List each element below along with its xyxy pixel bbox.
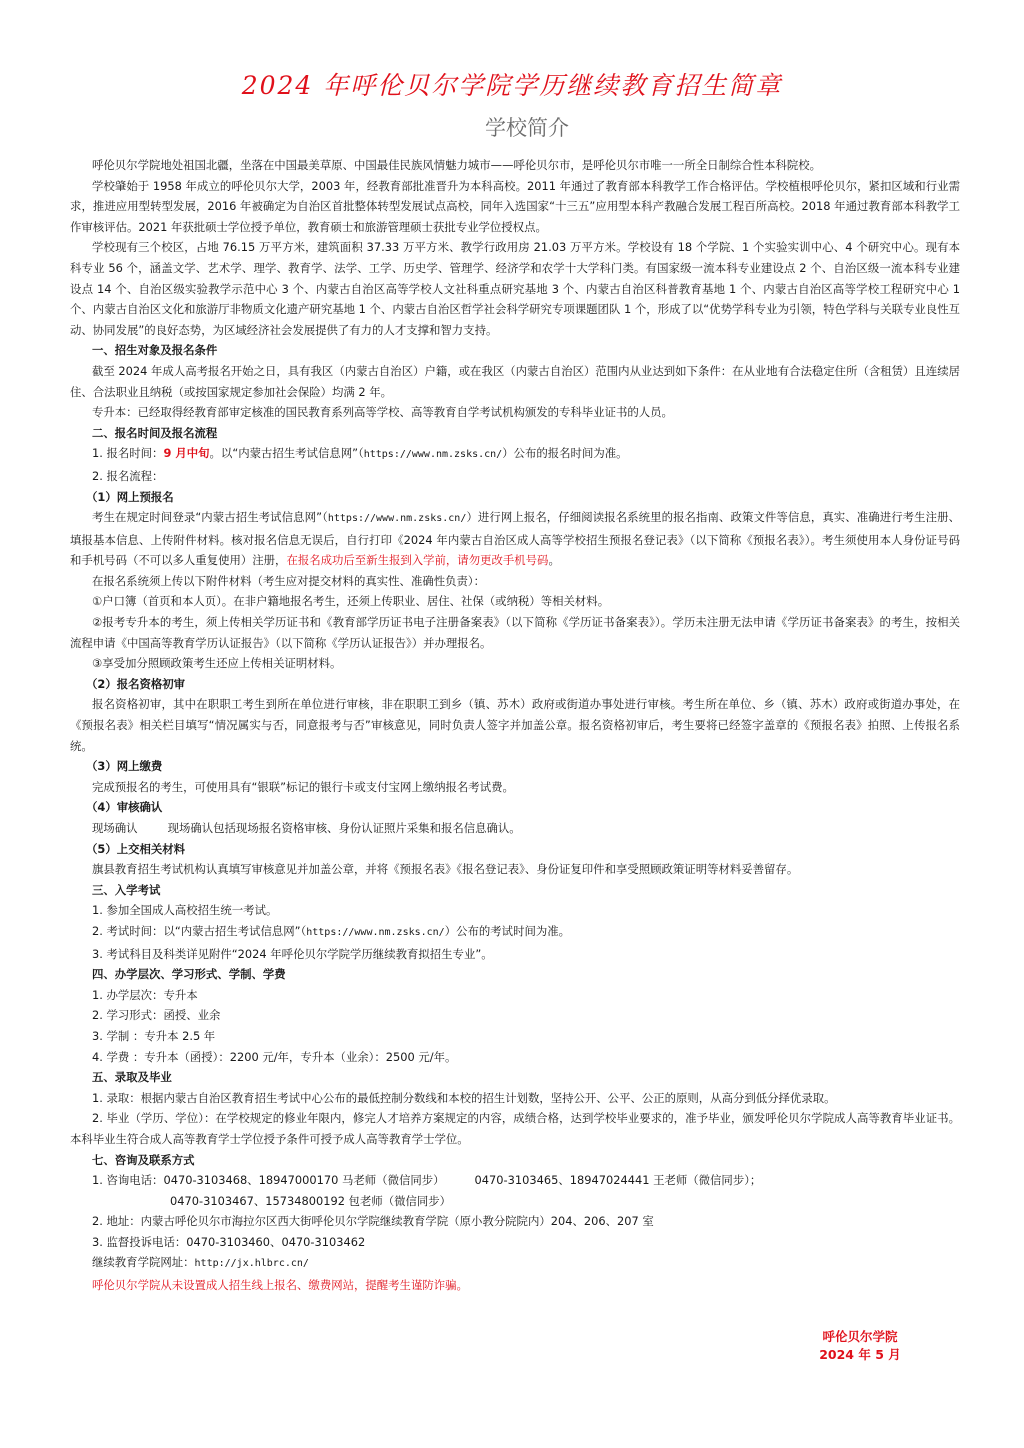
intro-paragraph-1: 呼伦贝尔学院地处祖国北疆，坐落在中国最美草原、中国最佳民族风情魅力城市——呼伦贝… (70, 155, 960, 176)
graduation-paragraph: 2. 毕业（学历、学位）：在学校规定的修业年限内，修完人才培养方案规定的内容，成… (70, 1108, 960, 1149)
program-item-tuition: 4. 学费 ：专升本（函授）：2200 元/年，专升本（业余）：2500 元/年… (70, 1047, 960, 1068)
signature-org: 呼伦贝尔学院 (790, 1328, 930, 1346)
admission-paragraph: 1. 录取：根据内蒙古自治区教育招生考试中心公布的最低控制分数线和本校的招生计划… (70, 1088, 960, 1109)
intro-paragraph-2: 学校肇始于 1958 年成立的呼伦贝尔大学，2003 年，经教育部批准晋升为本科… (70, 176, 960, 238)
contact-phones-line-1: 1. 咨询电话：0470-3103468、18947000170 马老师（微信同… (70, 1170, 960, 1191)
prereg-text-end: 。 (548, 553, 559, 567)
exam-time-text-b: ）公布的考试时间为准。 (445, 924, 570, 938)
program-item-level: 1. 办学层次：专升本 (70, 985, 960, 1006)
prereg-text-a: 考生在规定时间登录“内蒙古招生考试信息网”（ (92, 510, 328, 524)
signature-block: 呼伦贝尔学院 2024 年 5 月 (790, 1328, 930, 1364)
exam-site-link[interactable]: https://www.nm.zsks.cn/ (306, 927, 444, 938)
exam-item-1: 1. 参加全国成人高校招生统一考试。 (70, 900, 960, 921)
confirmation-text: 现场确认包括现场报名资格审核、身份认证照片采集和报名信息确认。 (168, 821, 521, 835)
program-item-duration: 3. 学制 ：专升本 2.5 年 (70, 1026, 960, 1047)
time-suffix-text: ）公布的报名时间为准。 (502, 446, 627, 460)
signature-date: 2024 年 5 月 (790, 1346, 930, 1364)
phone-ma: 0470-3103468、18947000170 马老师（微信同步） (163, 1173, 444, 1187)
section-heading-contact: 七、咨询及联系方式 (70, 1150, 960, 1171)
step-heading-online-preregistration: （1）网上预报名 (70, 487, 960, 508)
step-heading-online-payment: （3）网上缴费 (70, 756, 960, 777)
upgrade-requirement-paragraph: 专升本：已经取得经教育部审定核准的国民教育系列高等学校、高等教育自学考试机构颁发… (70, 402, 960, 423)
preregistration-paragraph: 考生在规定时间登录“内蒙古招生考试信息网”（https://www.nm.zsk… (70, 507, 960, 571)
section-subtitle: 学校简介 (0, 112, 1024, 142)
attachments-intro: 在报名系统须上传以下附件材料（考生应对提交材料的真实性、准确性负责）： (70, 571, 960, 592)
confirmation-paragraph: 现场确认现场确认包括现场报名资格审核、身份认证照片采集和报名信息确认。 (70, 818, 960, 839)
confirmation-label: 现场确认 (92, 821, 138, 835)
intro-paragraph-3: 学校现有三个校区，占地 76.15 万平方米，建筑面积 37.33 万平方米、教… (70, 237, 960, 340)
website-line: 继续教育学院网址：http://jx.hlbrc.cn/ (70, 1252, 960, 1275)
attachment-item-2: ②报考专升本的考生，须上传相关学历证书和《教育部学历证书电子注册备案表》（以下简… (70, 612, 960, 653)
phone-label: 1. 咨询电话： (92, 1173, 163, 1187)
attachment-item-3: ③享受加分照顾政策考生还应上传相关证明材料。 (70, 653, 960, 674)
page-title: 2024 年呼伦贝尔学院学历继续教育招生简章 (0, 66, 1024, 102)
attachment-item-1: ①户口簿（首页和本人页）。在非户籍地报名考生，还须上传职业、居住、社保（或纳税）… (70, 591, 960, 612)
program-item-format: 2. 学习形式：函授、业余 (70, 1005, 960, 1026)
exam-site-link[interactable]: https://www.nm.zsks.cn/ (328, 513, 466, 524)
contact-address: 2. 地址：内蒙古呼伦贝尔市海拉尔区西大街呼伦贝尔学院继续教育学院（原小教分院院… (70, 1211, 960, 1232)
contact-phones-line-2: 0470-3103467、15734800192 包老师（微信同步） (70, 1191, 960, 1212)
website-link[interactable]: http://jx.hlbrc.cn/ (195, 1258, 309, 1269)
exam-site-link[interactable]: https://www.nm.zsks.cn/ (364, 449, 502, 460)
time-label: 1. 报名时间： (92, 446, 163, 460)
section-heading-admission-graduation: 五、录取及毕业 (70, 1067, 960, 1088)
phone-warning-text: 在报名成功后至新生报到入学前，请勿更改手机号码 (286, 553, 548, 567)
document-body: 呼伦贝尔学院地处祖国北疆，坐落在中国最美草原、中国最佳民族风情魅力城市——呼伦贝… (70, 155, 960, 1296)
document-page: 2024 年呼伦贝尔学院学历继续教育招生简章 学校简介 呼伦贝尔学院地处祖国北疆… (0, 0, 1024, 1448)
step-heading-submit-materials: （5）上交相关材料 (70, 839, 960, 860)
step-heading-qualification-review: （2）报名资格初审 (70, 674, 960, 695)
registration-time-value: 9 月中旬 (163, 446, 209, 460)
online-payment-paragraph: 完成预报名的考生，可使用具有“银联”标记的银行卡或支付宝网上缴纳报名考试费。 (70, 777, 960, 798)
section-heading-eligibility: 一、招生对象及报名条件 (70, 340, 960, 361)
submit-materials-paragraph: 旗县教育招生考试机构认真填写审核意见并加盖公章，并将《预报名表》《报名登记表》、… (70, 859, 960, 880)
exam-item-2: 2. 考试时间：以“内蒙古招生考试信息网”（https://www.nm.zsk… (70, 921, 960, 944)
phone-wang: 0470-3103465、18947024441 王老师（微信同步）； (475, 1173, 762, 1187)
eligibility-paragraph: 截至 2024 年成人高考报名开始之日，具有我区（内蒙古自治区）户籍，或在我区（… (70, 361, 960, 402)
exam-time-text-a: 2. 考试时间：以“内蒙古招生考试信息网”（ (92, 924, 306, 938)
step-heading-confirmation: （4）审核确认 (70, 797, 960, 818)
section-heading-program-fees: 四、办学层次、学习形式、学制、学费 (70, 964, 960, 985)
registration-flow-label: 2. 报名流程： (70, 466, 960, 487)
section-heading-entrance-exam: 三、入学考试 (70, 880, 960, 901)
time-mid-text: 。以“内蒙古招生考试信息网”（ (210, 446, 364, 460)
fraud-warning: 呼伦贝尔学院从未设置成人招生线上报名、缴费网站，提醒考生谨防诈骗。 (70, 1275, 960, 1296)
section-heading-registration: 二、报名时间及报名流程 (70, 423, 960, 444)
registration-time: 1. 报名时间：9 月中旬。以“内蒙古招生考试信息网”（https://www.… (70, 443, 960, 466)
qualification-review-paragraph: 报名资格初审，其中在职职工考生到所在单位进行审核，非在职职工到乡（镇、苏木）政府… (70, 694, 960, 756)
website-label: 继续教育学院网址： (92, 1255, 195, 1269)
complaint-phone: 3. 监督投诉电话：0470-3103460、0470-3103462 (70, 1232, 960, 1253)
exam-item-3: 3. 考试科目及科类详见附件“2024 年呼伦贝尔学院学历继续教育拟招生专业”。 (70, 944, 960, 965)
